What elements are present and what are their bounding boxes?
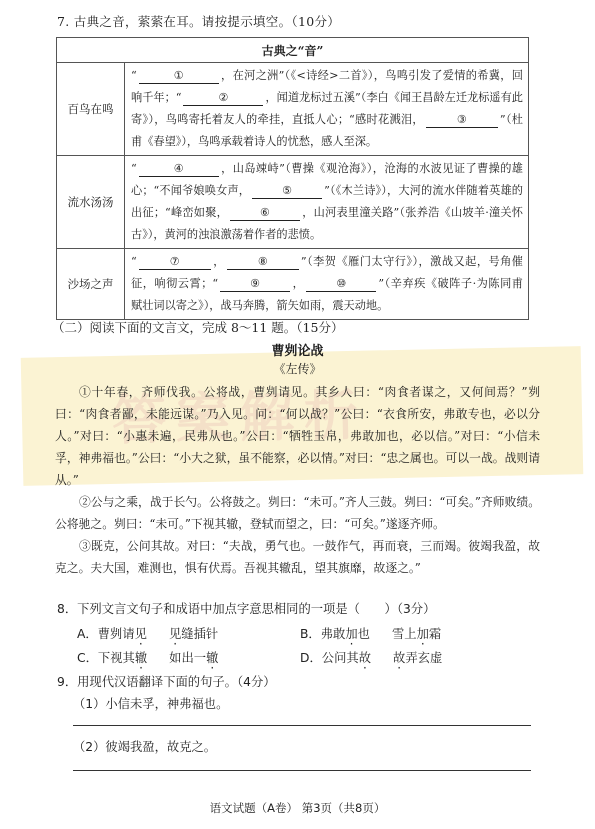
answer-line-2[interactable] [73,770,531,771]
passage-paragraph-1: ①十年春，齐师伐我。公将战，曹刿请见。其乡人曰：“肉食者谋之，又何间焉？”刿曰：… [55,381,540,491]
option-key: B． [300,627,321,641]
row-content: “⑦，⑧”（李贺《雁门太守行》），激战又起，号角催征，响彻云霄；“⑨，⑩”（辛弃… [125,249,529,320]
dotted-char: 辙 [206,651,218,665]
fill-in-blank[interactable]: ① [139,69,219,84]
classical-sounds-table: 古典之“音” 百鸟在鸣 “①，在河之洲”（《<诗经>二首》），鸟鸣引发了爱情的希… [56,37,529,320]
option-idiom: 雪上加霜 [392,627,441,641]
dotted-char: 见 [135,627,147,641]
table-row: 百鸟在鸣 “①，在河之洲”（《<诗经>二首》），鸟鸣引发了爱情的希冀，回响千年；… [57,63,529,156]
dotted-char: 加 [345,627,357,641]
option-d[interactable]: D．公问其故故弄玄虚 [300,648,442,666]
question-9-item-1: （1）小信未孚，神弗福也。 [73,694,228,712]
fill-in-blank[interactable]: ③ [426,113,498,128]
dotted-char: 辙 [135,651,147,665]
option-key: A． [77,627,98,641]
option-idiom: 故弄玄虚 [393,651,442,665]
row-label: 流水汤汤 [57,156,125,249]
row-text: “ [131,255,137,268]
fill-in-blank[interactable]: ⑨ [220,277,290,292]
option-key: D． [300,651,322,665]
dotted-char: 见 [169,627,181,641]
option-idiom: 如出一辙 [169,651,218,665]
page-footer: 语文试题（A卷） 第3页（共8页） [0,800,595,816]
question-7-prompt: 7. 古典之音，萦萦在耳。请按提示填空。（10分） [57,12,340,30]
row-text: ， [292,277,304,290]
option-idiom: 见缝插针 [169,627,218,641]
row-label: 沙场之声 [57,249,125,320]
option-key: C． [77,651,98,665]
passage-source: 《左传》 [0,360,595,377]
option-phrase: 弗敢加也 [321,627,370,641]
table-row: 沙场之声 “⑦，⑧”（李贺《雁门太守行》），激战又起，号角催征，响彻云霄；“⑨，… [57,249,529,320]
fill-in-blank[interactable]: ⑦ [139,255,211,270]
answer-line-1[interactable] [73,725,531,726]
row-text: ， [213,255,225,268]
fill-in-blank[interactable]: ② [183,91,263,106]
option-c[interactable]: C．下视其辙如出一辙 [77,648,218,666]
row-label: 百鸟在鸣 [57,63,125,156]
table-header: 古典之“音” [57,38,529,63]
question-9-item-2: （2）彼竭我盈，故克之。 [73,737,216,755]
fill-in-blank[interactable]: ⑧ [227,255,299,270]
passage-title: 曹刿论战 [0,340,595,359]
passage-body: ①十年春，齐师伐我。公将战，曹刿请见。其乡人曰：“肉食者谋之，又何间焉？”刿曰：… [55,381,540,579]
row-text: “ [131,69,137,82]
option-phrase: 下视其辙 [98,651,147,665]
question-8-prompt: 8．下列文言文句子和成语中加点字意思相同的一项是（ ）（3分） [57,599,435,617]
dotted-char: 故 [393,651,405,665]
section-2-prompt: （二）阅读下面的文言文，完成 8～11 题。（15分） [52,318,343,336]
question-9-prompt: 9．用现代汉语翻译下面的句子。（4分） [57,672,276,690]
fill-in-blank[interactable]: ④ [139,162,219,177]
dotted-char: 故 [359,651,371,665]
option-phrase: 曹刿请见 [98,627,147,641]
row-content: “④，山岛竦峙”（曹操《观沧海》），沧海的水波见证了曹操的雄心；“不闻爷娘唤女声… [125,156,529,249]
fill-in-blank[interactable]: ⑤ [252,184,322,199]
table-row: 流水汤汤 “④，山岛竦峙”（曹操《观沧海》），沧海的水波见证了曹操的雄心；“不闻… [57,156,529,249]
row-content: “①，在河之洲”（《<诗经>二首》），鸟鸣引发了爱情的希冀，回响千年；“②，闻道… [125,63,529,156]
passage-paragraph-3: ③既克，公问其故。对曰：“夫战，勇气也。一鼓作气，再而衰，三而竭。彼竭我盈，故克… [55,535,540,579]
row-text: “ [131,162,137,175]
option-b[interactable]: B．弗敢加也雪上加霜 [300,624,441,642]
dotted-char: 加 [417,627,429,641]
option-a[interactable]: A．曹刿请见见缝插针 [77,624,218,642]
option-phrase: 公问其故 [322,651,371,665]
fill-in-blank[interactable]: ⑩ [306,277,376,292]
fill-in-blank[interactable]: ⑥ [230,206,300,221]
passage-paragraph-2: ②公与之乘，战于长勺。公将鼓之。刿曰：“未可。”齐人三鼓。刿曰：“可矣。”齐师败… [55,491,540,535]
